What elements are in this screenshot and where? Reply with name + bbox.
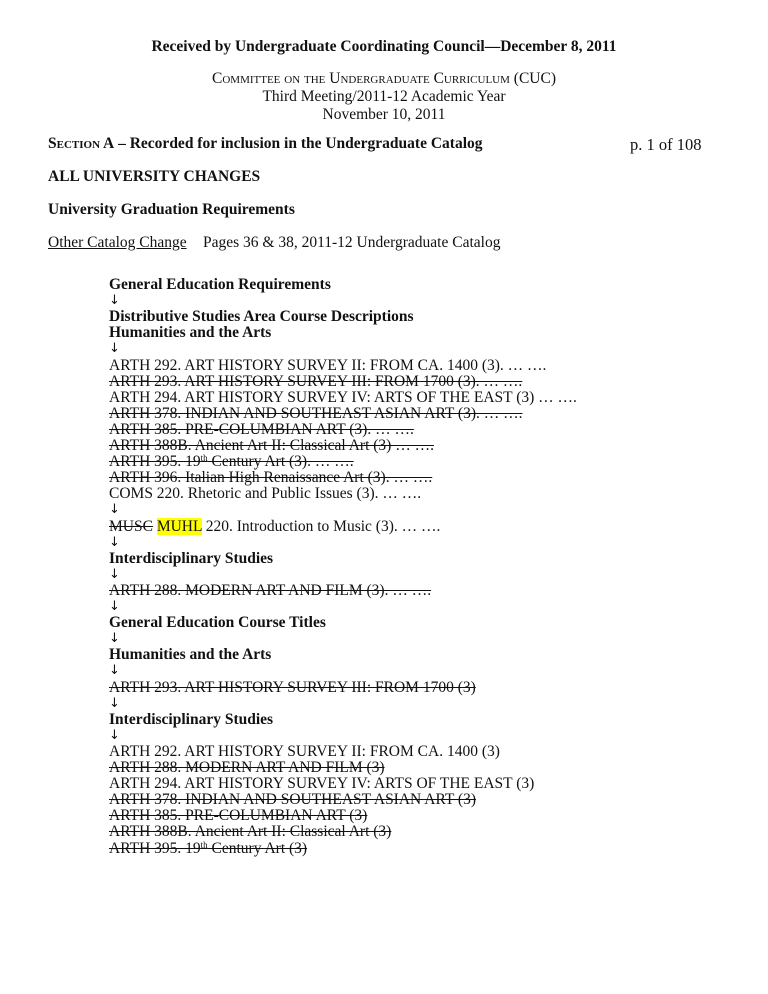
deleted-course-entry: ARTH 395. 19th Century Art (3) xyxy=(109,840,307,858)
page-number: p. 1 of 108 xyxy=(630,135,702,155)
meeting-date: November 10, 2011 xyxy=(0,106,768,124)
section-label: Section A – Recorded for inclusion in th… xyxy=(48,135,483,153)
section-description: – Recorded for inclusion in the Undergra… xyxy=(114,135,482,152)
renamed-course-entry: MUSC MUHL 220. Introduction to Music (3)… xyxy=(109,518,440,536)
subheading: Humanities and the Arts xyxy=(109,324,271,342)
heading-grad-reqs: University Graduation Requirements xyxy=(48,201,295,219)
heading-all-changes: ALL UNIVERSITY CHANGES xyxy=(48,168,260,186)
subheading: General Education Course Titles xyxy=(109,614,326,632)
subheading: General Education Requirements xyxy=(109,276,331,294)
meeting-title: Third Meeting/2011-12 Academic Year xyxy=(0,88,768,106)
section-prefix: Section A xyxy=(48,135,114,152)
old-prefix: MUSC xyxy=(109,518,153,535)
deleted-course-entry: ARTH 288. MODERN ART AND FILM (3). … …. xyxy=(109,582,431,600)
committee-name: Committee on the Undergraduate Curriculu… xyxy=(0,70,768,88)
change-type: Other Catalog Change xyxy=(48,234,187,252)
deleted-course-entry: ARTH 293. ART HISTORY SURVEY III: FROM 1… xyxy=(109,679,476,697)
subheading: Interdisciplinary Studies xyxy=(109,550,273,568)
course-entry: COMS 220. Rhetoric and Public Issues (3)… xyxy=(109,485,421,503)
subheading: Humanities and the Arts xyxy=(109,646,271,664)
received-note: Received by Undergraduate Coordinating C… xyxy=(0,38,768,56)
change-pages: Pages 36 & 38, 2011-12 Undergraduate Cat… xyxy=(203,234,500,252)
new-prefix-highlight: MUHL xyxy=(157,518,202,535)
subheading: Interdisciplinary Studies xyxy=(109,711,273,729)
superscript: th xyxy=(201,453,208,463)
superscript: th xyxy=(201,840,208,850)
